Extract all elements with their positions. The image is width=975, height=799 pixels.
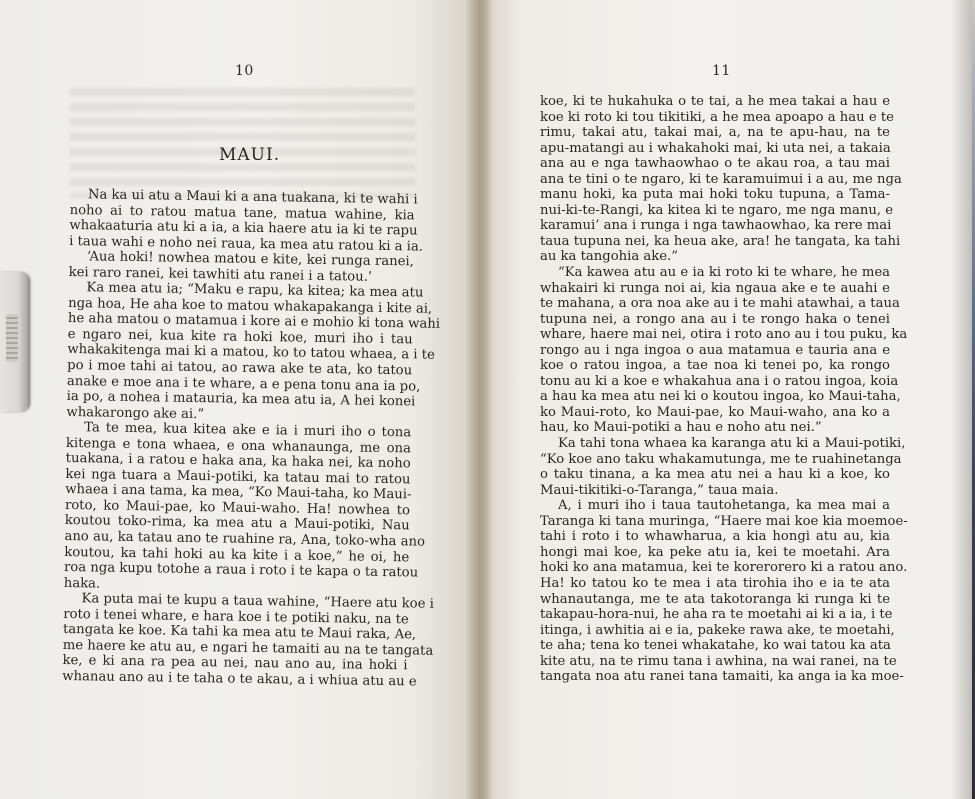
book-gutter <box>466 0 494 799</box>
text-line: apu-matangi au i whakahoki mai, ki uta n… <box>540 141 890 157</box>
text-line: hau, ko Maui-potiki a hau e noho atu nei… <box>540 420 890 436</box>
text-line: koe o ratou ingoa, a tae noa ki tenei po… <box>540 358 890 374</box>
page-number-left: 10 <box>235 63 254 79</box>
text-line: ana te tini o te ngaro, ki te karamuimui… <box>540 172 890 188</box>
right-page: 11 koe, ki te hukahuka o te tai, a he me… <box>492 0 975 799</box>
text-line: ana au e nga tawhaowhao o te akau roa, a… <box>540 156 890 172</box>
text-line: tupuna nei, a rongo ana au i te rongo ha… <box>540 312 890 328</box>
text-line: hoki ko ana matamua, kei te korerorero k… <box>540 560 890 576</box>
right-page-text: koe, ki te hukahuka o te tai, a he mea t… <box>540 94 890 685</box>
text-line: Taranga ki tana muringa, “Haere mai koe … <box>540 514 890 530</box>
text-line: te aha; tena ko tenei whakatahe, ko wai … <box>540 638 890 654</box>
text-line: koe ki roto ki tou tikitiki, a he mea ap… <box>540 110 890 126</box>
text-line: itinga, i awhitia ai e ia, pakeke rawa a… <box>540 623 890 639</box>
book-spread: 10 MAUI. Na ka ui atu a Maui ki a ana tu… <box>0 0 975 799</box>
text-line: whakairi ki runga noi ai, kia ngaua ake … <box>540 281 890 297</box>
text-line: tonu au ki a koe e whakahua ana i o rato… <box>540 374 890 390</box>
text-line: au ka tangohia ake.” <box>540 249 890 265</box>
text-line: takapau-hora-nui, he aha ra te moetahi a… <box>540 607 890 623</box>
text-line: nui-ki-te-Rangi, ka kitea ki te ngaro, m… <box>540 203 890 219</box>
text-line: karamui’ ana i runga i nga tawhaowhao, k… <box>540 218 890 234</box>
chapter-title: MAUI. <box>219 145 280 165</box>
text-line: hongi mai koe, ka peke atu ia, kei te mo… <box>540 545 890 561</box>
text-line: A, i muri iho i taua tautohetanga, ka me… <box>540 498 890 514</box>
clip-label <box>6 314 18 362</box>
text-line: kite atu, na te rimu tana i awhina, na w… <box>540 654 890 670</box>
text-line: te mahana, a ora noa ake au i te mahi at… <box>540 296 890 312</box>
page-number-right: 11 <box>712 63 731 79</box>
text-line: o taku tinana, a ka mea atu nei a hau ki… <box>540 467 890 483</box>
text-line: tangata noa atu ranei tana tamaiti, ka a… <box>540 669 890 685</box>
left-page: 10 MAUI. Na ka ui atu a Maui ki a ana tu… <box>0 0 468 799</box>
text-line: a hau ka mea atu nei ki o koutou ingoa, … <box>540 389 890 405</box>
text-line: “Ka kawea atu au e ia ki roto ki te whar… <box>540 265 890 281</box>
text-line: whare, haere mai nei, otira i roto ano a… <box>540 327 890 343</box>
text-line: “Ko koe ano taku whakamutunga, me te rua… <box>540 452 890 468</box>
text-line: koe, ki te hukahuka o te tai, a he mea t… <box>540 94 890 110</box>
text-line: rimu, takai atu, takai mai, a, na te apu… <box>540 125 890 141</box>
left-page-text: Na ka ui atu a Maui ki a ana tuakana, ki… <box>62 187 415 690</box>
text-line: tahi i roto i to whawharua, a kia hongi … <box>540 529 890 545</box>
text-line: Ha! ko tatou ko te mea i ata tirohia iho… <box>540 576 890 592</box>
text-line: taua tupuna nei, ka heua ake, ara! he ta… <box>540 234 890 250</box>
text-line: ko Maui-roto, ko Maui-pae, ko Maui-waho,… <box>540 405 890 421</box>
page-clip <box>0 272 30 412</box>
text-line: Ka tahi tona whaea ka karanga atu ki a M… <box>540 436 890 452</box>
text-line: rongo au i nga ingoa o aua matamua e tau… <box>540 343 890 359</box>
text-line: manu hoki, ka puta mai hoki toku tupuna,… <box>540 187 890 203</box>
text-line: Maui-tikitiki-o-Taranga,” taua maia. <box>540 483 890 499</box>
text-line: whanautanga, me te ata takotoranga ki ru… <box>540 592 890 608</box>
show-through-text <box>70 88 415 198</box>
